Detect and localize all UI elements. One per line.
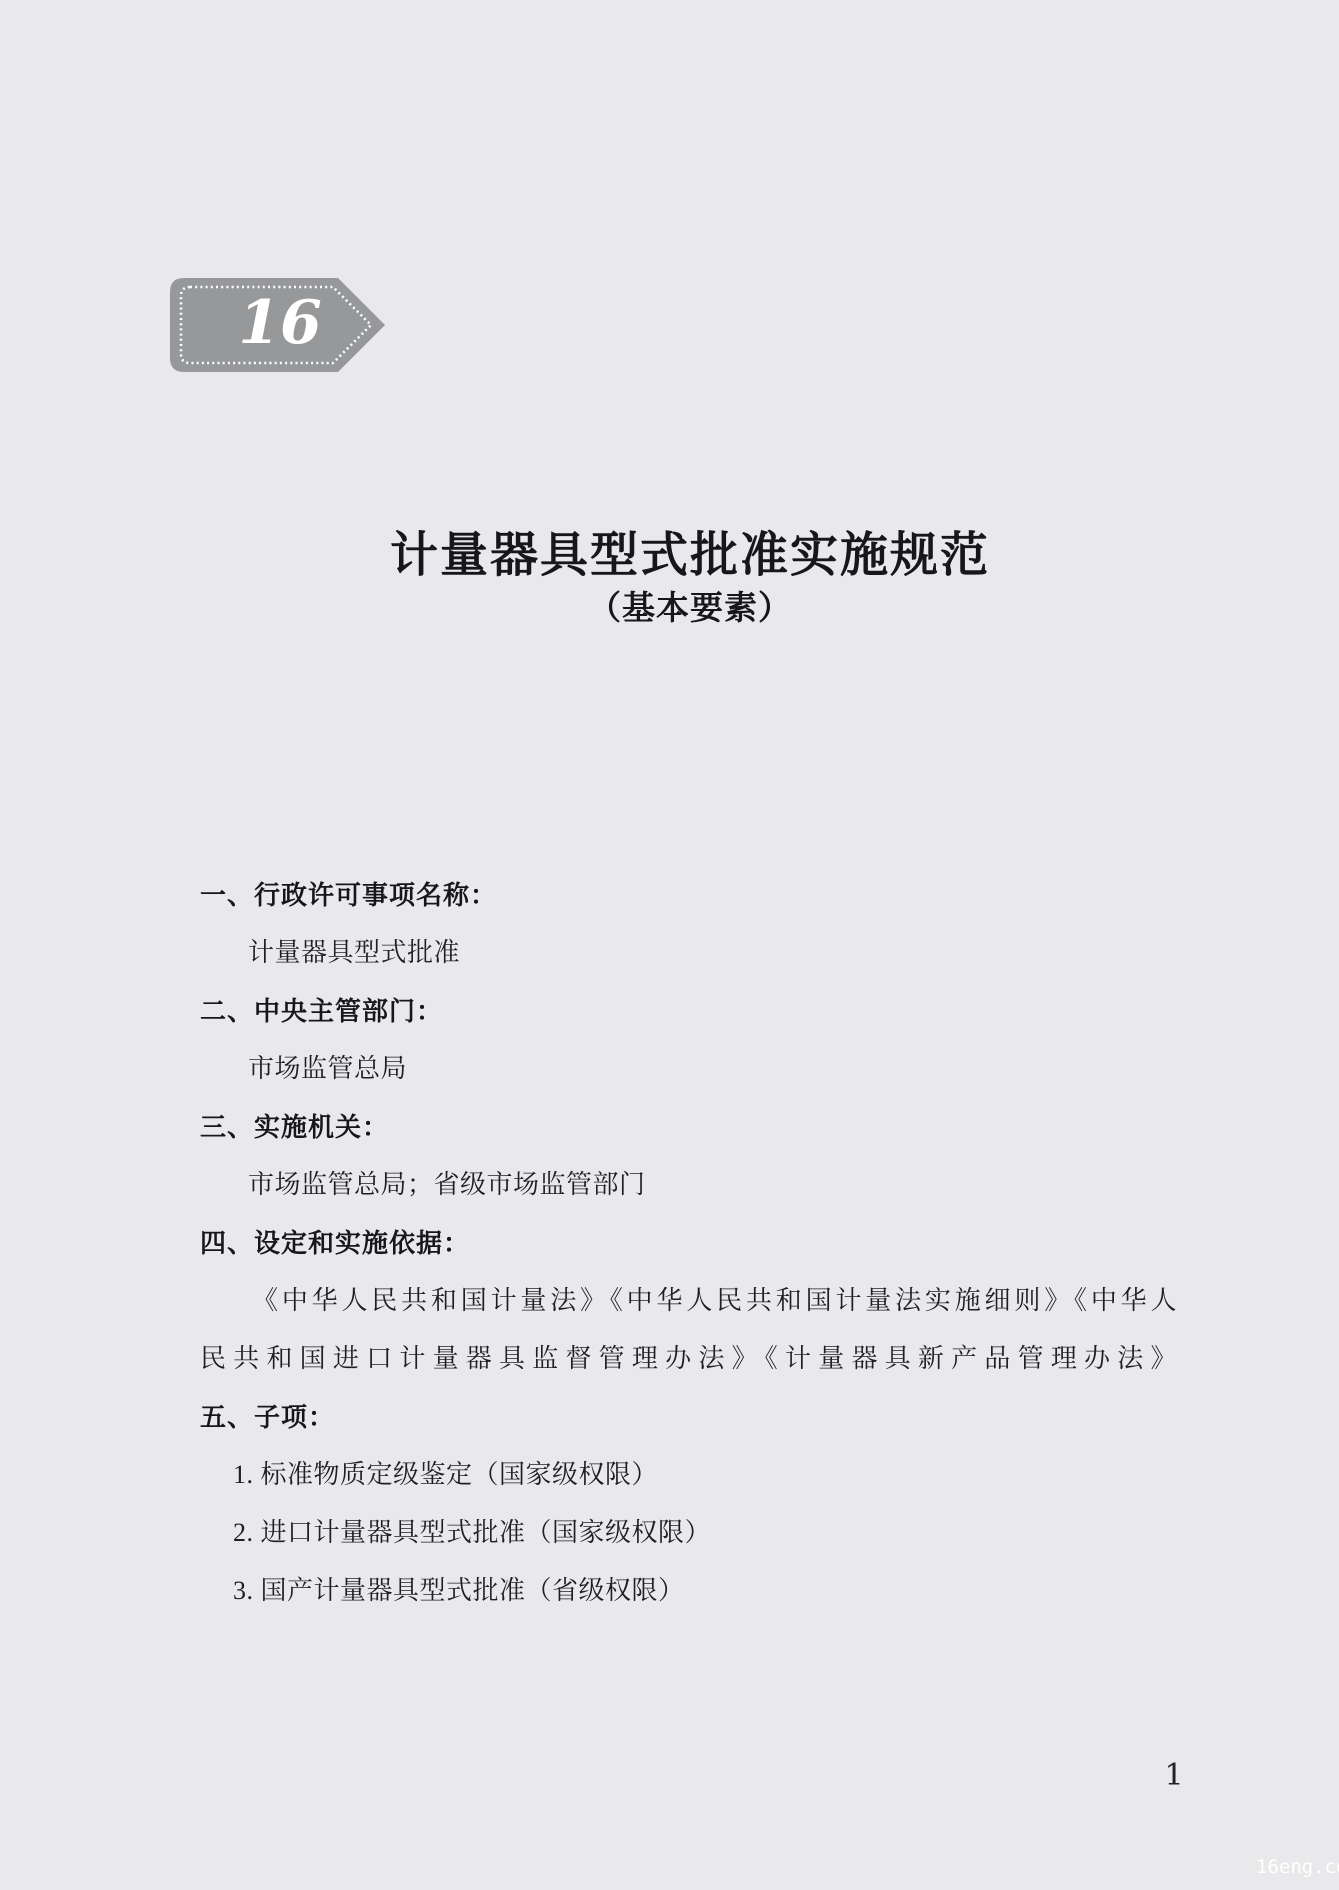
section-heading: 一、行政许可事项名称： — [200, 866, 1180, 924]
section-heading: 四、设定和实施依据： — [200, 1214, 1180, 1272]
section-body: 计量器具型式批准 — [200, 924, 1180, 982]
page-number: 1 — [1156, 1758, 1192, 1793]
section-heading: 二、中央主管部门： — [200, 982, 1180, 1040]
section-heading: 三、实施机关： — [200, 1098, 1180, 1156]
section-paragraph: 《中华人民共和国计量法》《中华人民共和国计量法实施细则》《中华人民共和国进口计量… — [200, 1272, 1180, 1388]
section-body: 市场监管总局 — [200, 1040, 1180, 1098]
section-item: 2. 进口计量器具型式批准（国家级权限） — [200, 1504, 1180, 1562]
section-item: 1. 标准物质定级鉴定（国家级权限） — [200, 1446, 1180, 1504]
section-body: 市场监管总局；省级市场监管部门 — [200, 1156, 1180, 1214]
section-heading: 五、子项： — [200, 1388, 1180, 1446]
document-subtitle: （基本要素） — [200, 582, 1180, 629]
chapter-badge: 16 — [170, 278, 385, 372]
document-page: 16 计量器具型式批准实施规范 （基本要素） 一、行政许可事项名称： 计量器具型… — [0, 0, 1339, 1890]
chapter-number: 16 — [205, 278, 355, 368]
section-item: 3. 国产计量器具型式批准（省级权限） — [200, 1562, 1180, 1620]
document-title: 计量器具型式批准实施规范 — [200, 516, 1180, 585]
site-watermark: 16eng.com — [1256, 1856, 1339, 1878]
document-body: 一、行政许可事项名称： 计量器具型式批准 二、中央主管部门： 市场监管总局 三、… — [200, 866, 1180, 1620]
